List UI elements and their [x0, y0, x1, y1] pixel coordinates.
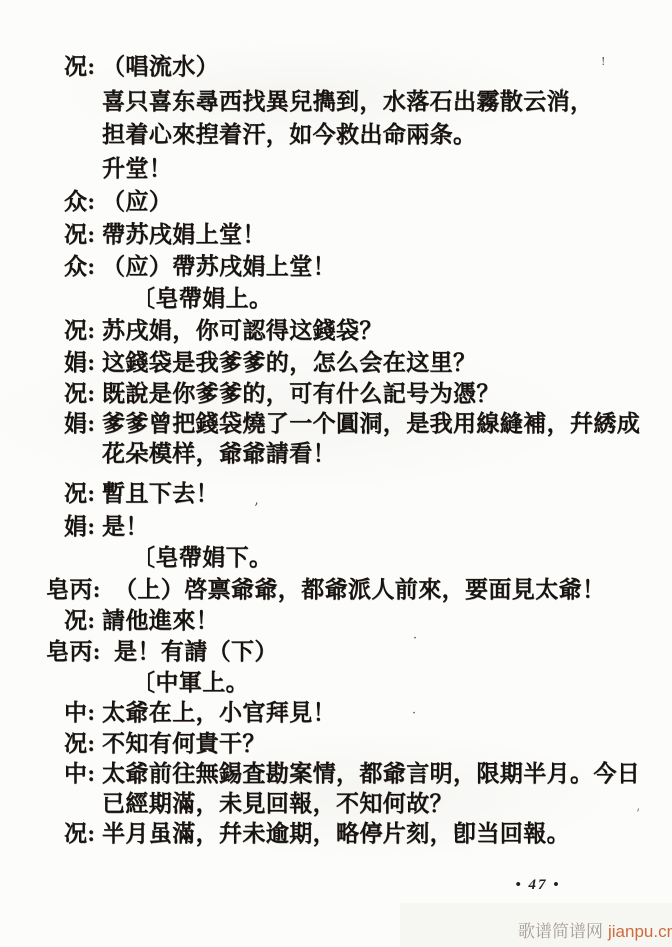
- script-line: 况:不知有何貴干？: [0, 731, 672, 757]
- script-line: 中:太爺前往無錫査勘案情，都爺言明，限期半月。今日: [0, 761, 672, 787]
- script-line: 皂丙:是！有請（下）: [0, 639, 672, 665]
- speaker-label: 况:: [64, 821, 95, 847]
- line-text: （应）: [102, 189, 672, 215]
- line-text: 〔皂帶娟上。: [132, 286, 672, 312]
- script-line: 况:帶苏戌娟上堂！: [0, 222, 672, 248]
- script-line: 况:請他進來！: [0, 608, 672, 634]
- script-line: 况:（唱流水）: [0, 54, 672, 80]
- line-text: 半月虽滿，幷未逾期，略停片刻，卽当回報。: [102, 821, 672, 847]
- script-line: 况:暫且下去！: [0, 481, 672, 507]
- speaker-label: 中:: [64, 700, 95, 726]
- line-text: 不知有何貴干？: [102, 731, 672, 757]
- script-line: 众:（应）帶苏戌娟上堂！: [0, 254, 672, 280]
- line-text: 爹爹曾把錢袋燒了一个圓洞，是我用線縫補，幷綉成: [102, 411, 672, 437]
- line-text: 太爺在上，小官拜見！: [102, 700, 672, 726]
- line-text: 喜只喜东尋西找異兒擕到，水落石出霧散云消，: [102, 89, 672, 115]
- line-text: 担着心來揑着汗，如今救出命兩条。: [102, 122, 672, 148]
- script-line: 已經期滿，未見回報，不知何故？: [0, 791, 672, 817]
- scan-speck: ’: [636, 807, 640, 822]
- line-text: 是！有請（下）: [114, 639, 672, 665]
- line-text: （应）帶苏戌娟上堂！: [102, 254, 672, 280]
- speaker-label: 况:: [64, 608, 95, 634]
- scan-speck: ·: [413, 631, 417, 646]
- speaker-label: 况:: [64, 481, 95, 507]
- speaker-label: 况:: [64, 54, 95, 80]
- script-line: 升堂！: [0, 156, 672, 182]
- script-line: 中:太爺在上，小官拜見！: [0, 700, 672, 726]
- page-number: • 47 •: [496, 877, 580, 894]
- speaker-label: 况:: [64, 731, 95, 757]
- line-text: 〔中軍上。: [132, 670, 672, 696]
- speaker-label: 娟:: [64, 514, 95, 540]
- speaker-label: 皂丙:: [46, 639, 101, 665]
- line-text: 請他進來！: [102, 608, 672, 634]
- speaker-label: 众:: [64, 189, 95, 215]
- line-text: （唱流水）: [102, 54, 672, 80]
- speaker-label: 娟:: [64, 350, 95, 376]
- line-text: 已經期滿，未見回報，不知何故？: [102, 791, 672, 817]
- line-text: 太爺前往無錫査勘案情，都爺言明，限期半月。今日: [102, 761, 672, 787]
- line-text: 这錢袋是我爹爹的，怎么会在这里？: [102, 350, 672, 376]
- watermark: 歌谱简谱网jianpu.cn: [518, 917, 672, 942]
- line-text: 帶苏戌娟上堂！: [102, 222, 672, 248]
- speaker-label: 皂丙:: [46, 577, 101, 603]
- speaker-label: 况:: [64, 318, 95, 344]
- line-text: 升堂！: [102, 156, 672, 182]
- script-line: 娟:这錢袋是我爹爹的，怎么会在这里？: [0, 350, 672, 376]
- line-text: 暫且下去！: [102, 481, 672, 507]
- watermark-site-name: 歌谱简谱网: [518, 922, 603, 941]
- speaker-label: 况:: [64, 222, 95, 248]
- scan-speck: ’: [254, 501, 258, 517]
- stage-direction: 〔皂帶娟下。: [0, 545, 672, 571]
- scanned-script-page: 况:（唱流水） 喜只喜东尋西找異兒擕到，水落石出霧散云消， 担着心來揑着汗，如今…: [0, 0, 672, 947]
- scan-speck: ·: [412, 706, 416, 721]
- line-text: 〔皂帶娟下。: [132, 545, 672, 571]
- script-line: 花朵模样，爺爺請看！: [0, 441, 672, 467]
- script-line: 喜只喜东尋西找異兒擕到，水落石出霧散云消，: [0, 89, 672, 115]
- watermark-site-url: jianpu.cn: [608, 922, 672, 941]
- line-text: （上）啓禀爺爺，都爺派人前來，要面見太爺！: [114, 577, 672, 603]
- script-line: 况:苏戌娟，你可認得这錢袋？: [0, 318, 672, 344]
- stage-direction: 〔中軍上。: [0, 670, 672, 696]
- script-line: 况:半月虽滿，幷未逾期，略停片刻，卽当回報。: [0, 821, 672, 847]
- script-line: 况:既說是你爹爹的，可有什么記号为憑？: [0, 381, 672, 407]
- line-text: 苏戌娟，你可認得这錢袋？: [102, 318, 672, 344]
- line-text: 是！: [102, 514, 672, 540]
- script-line: 娟:是！: [0, 514, 672, 540]
- script-line: 皂丙:（上）啓禀爺爺，都爺派人前來，要面見太爺！: [0, 577, 672, 603]
- line-text: 花朵模样，爺爺請看！: [102, 441, 672, 467]
- script-line: 娟:爹爹曾把錢袋燒了一个圓洞，是我用線縫補，幷綉成: [0, 411, 672, 437]
- speaker-label: 中:: [64, 761, 95, 787]
- scan-speck: !: [601, 55, 605, 68]
- speaker-label: 况:: [64, 381, 95, 407]
- speaker-label: 众:: [64, 254, 95, 280]
- speaker-label: 娟:: [64, 411, 95, 437]
- script-line: 担着心來揑着汗，如今救出命兩条。: [0, 122, 672, 148]
- script-line: 众:（应）: [0, 189, 672, 215]
- stage-direction: 〔皂帶娟上。: [0, 286, 672, 312]
- scan-speck: ·: [560, 82, 564, 97]
- line-text: 既說是你爹爹的，可有什么記号为憑？: [102, 381, 672, 407]
